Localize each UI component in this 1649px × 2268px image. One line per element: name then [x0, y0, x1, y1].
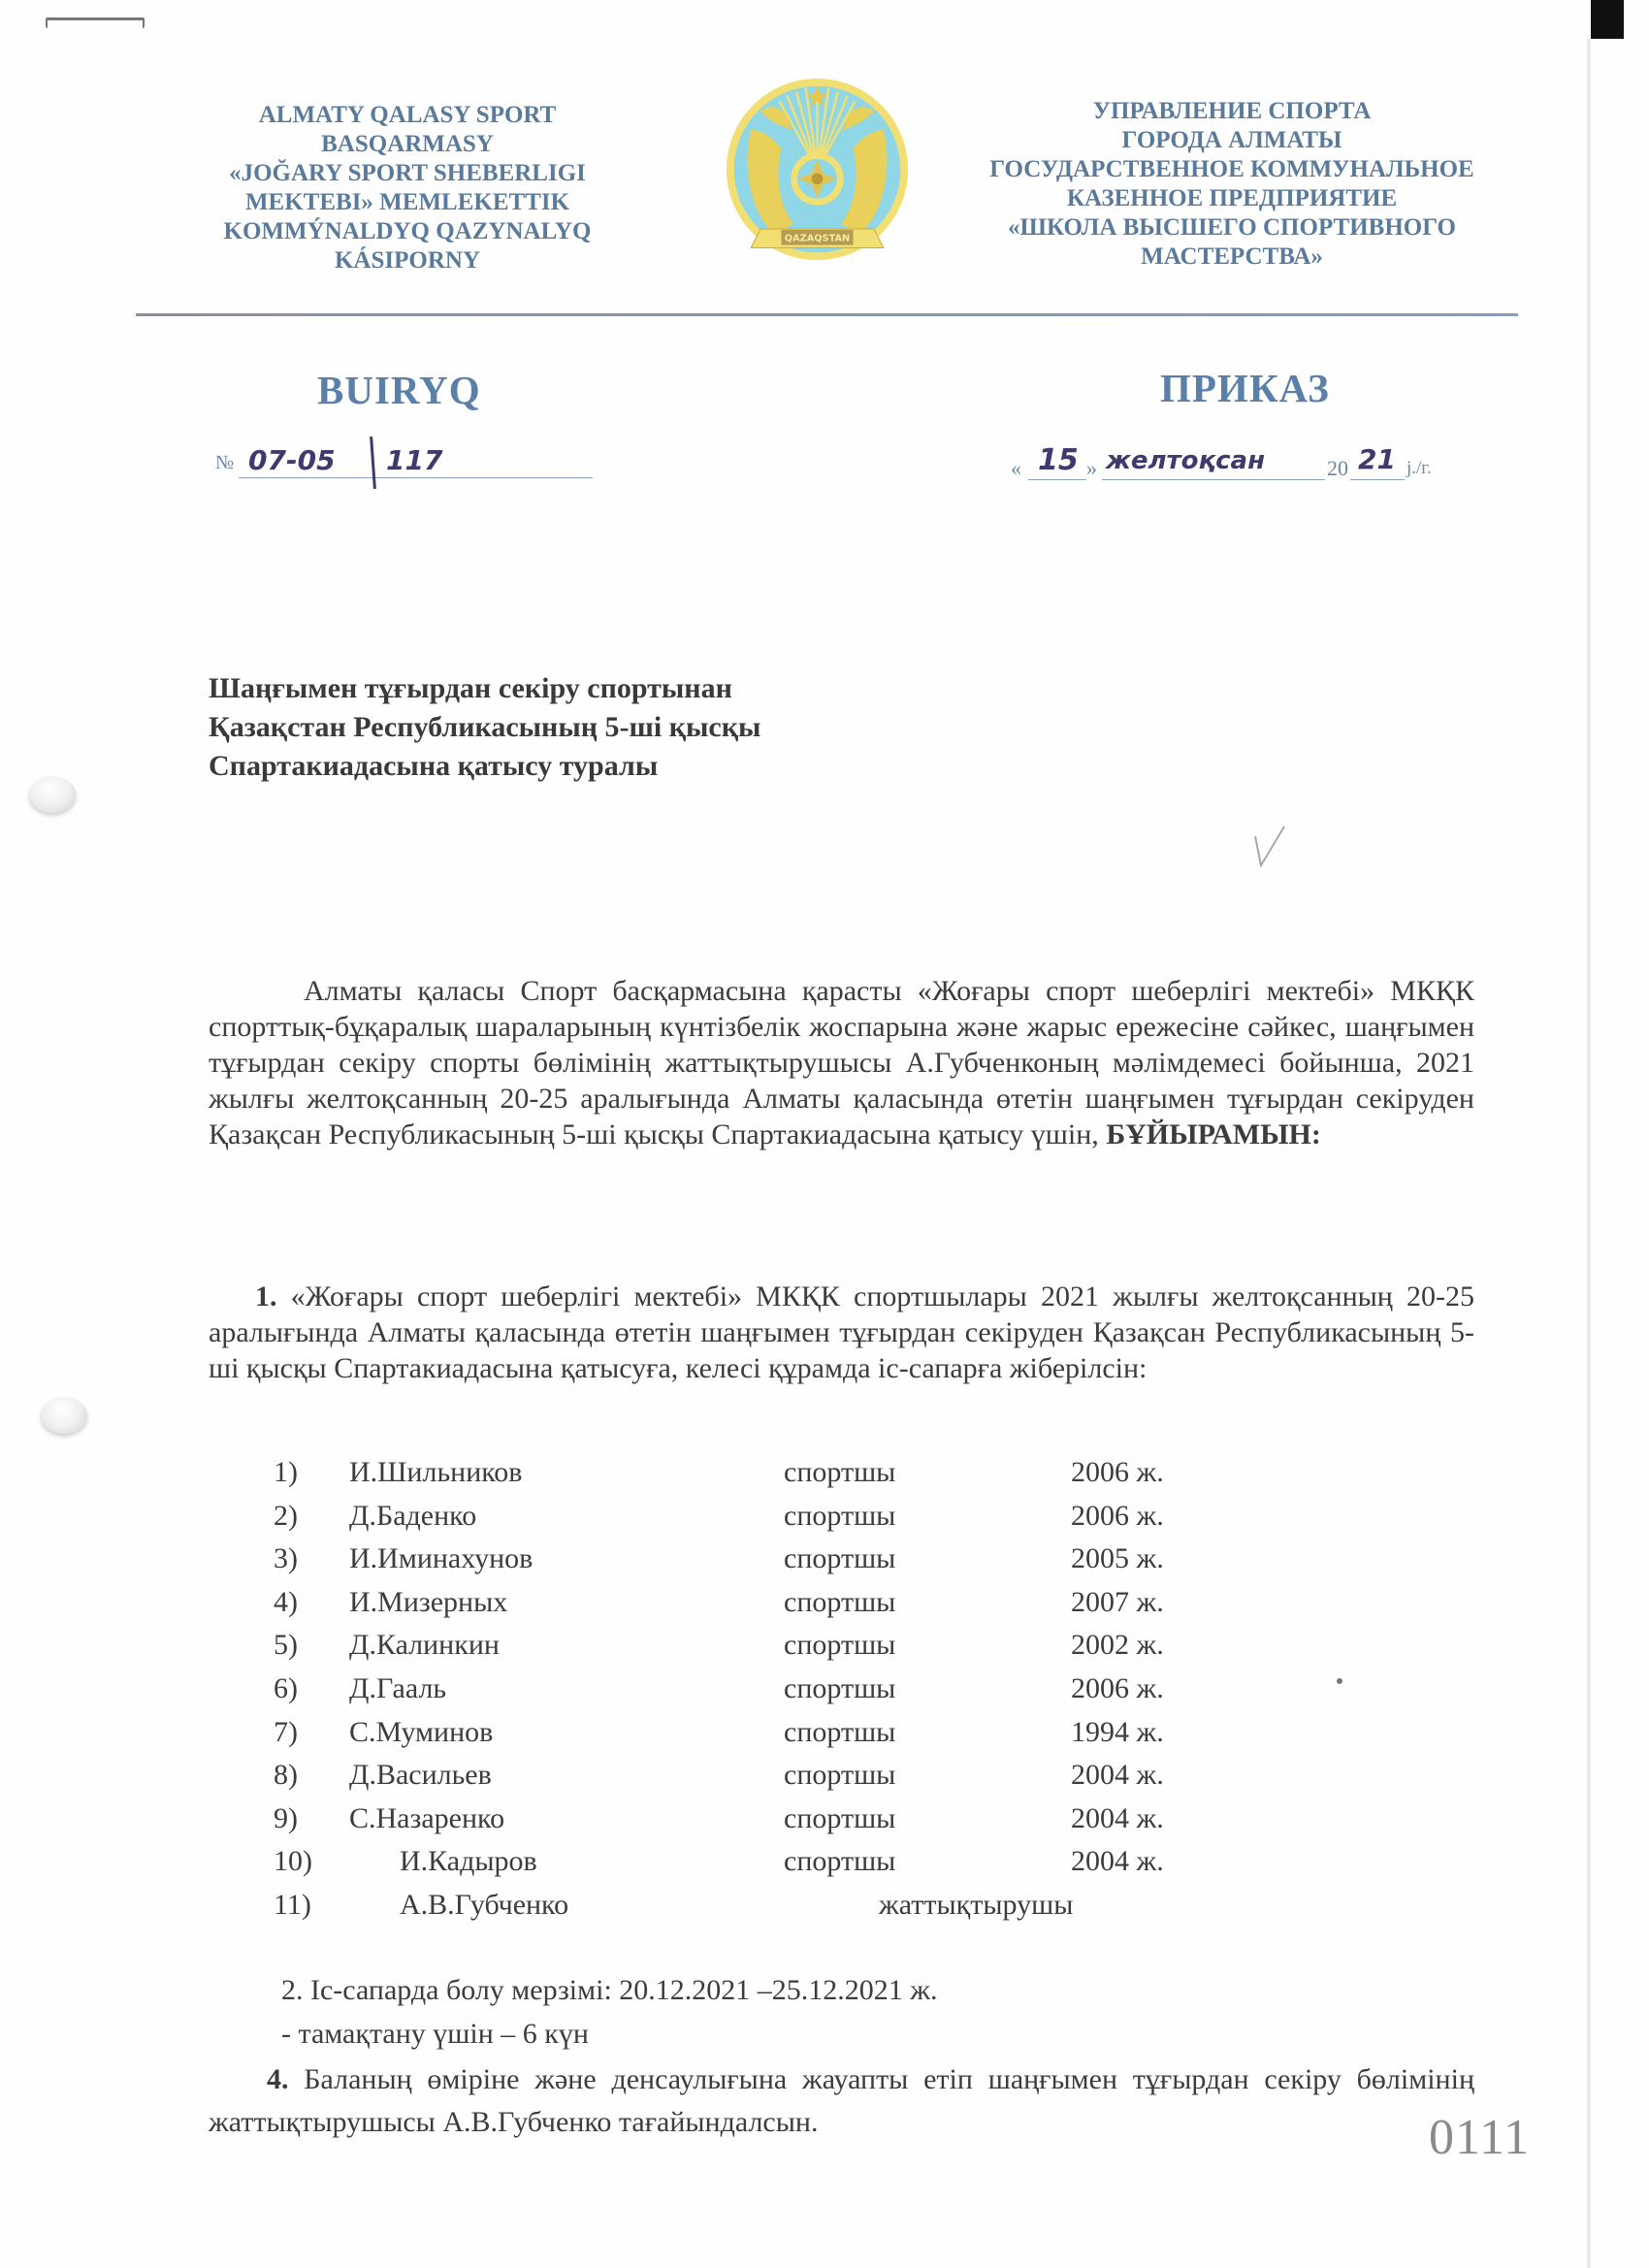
- order-number-suffix: 117: [386, 444, 442, 476]
- header-line: MEKTEBI» MEMLEKETTIK: [189, 188, 626, 217]
- meals-line: - тамақтану үшін – 6 күн: [281, 2015, 589, 2054]
- item-4-number: 4.: [267, 2063, 289, 2095]
- roster-num: 4): [274, 1581, 298, 1624]
- punch-hole: [29, 776, 76, 813]
- roster-row: 9) С.Назаренко спортшы 2004 ж.: [274, 1798, 1205, 1841]
- document-page: ALMATY QALASY SPORT BASQARMASY «JOĞARY S…: [0, 0, 1649, 2268]
- roster-year: 2006 ж.: [1071, 1668, 1164, 1710]
- header-divider: [136, 313, 1518, 316]
- roster-name: С.Муминов: [349, 1711, 493, 1754]
- roster-num: 6): [274, 1668, 298, 1710]
- roster-year: 2006 ж.: [1071, 1451, 1164, 1494]
- roster-role: спортшы: [784, 1840, 895, 1883]
- header-line: КАЗЕННОЕ ПРЕДПРИЯТИЕ: [951, 184, 1513, 213]
- roster-name: И.Кадыров: [400, 1840, 537, 1883]
- roster-role: спортшы: [784, 1711, 895, 1754]
- roster-name: А.В.Губченко: [400, 1884, 568, 1927]
- roster-num: 9): [274, 1798, 298, 1840]
- roster-name: С.Назаренко: [349, 1798, 504, 1840]
- roster-num: 8): [274, 1754, 298, 1797]
- roster-num: 7): [274, 1711, 298, 1754]
- order-number-value: 07-05: [248, 444, 336, 476]
- roster-row: 1) И.Шильников спортшы 2006 ж.: [274, 1451, 1205, 1495]
- roster-role: спортшы: [784, 1754, 895, 1797]
- date-day: 15: [1038, 443, 1079, 477]
- order-number-field: № 07-05 117: [213, 442, 597, 481]
- roster-name: Д.Калинкин: [349, 1624, 500, 1667]
- team-roster: 1) И.Шильников спортшы 2006 ж. 2) Д.Баде…: [274, 1451, 1205, 1928]
- roster-row: 8) Д.Васильев спортшы 2004 ж.: [274, 1754, 1205, 1798]
- roster-name: И.Иминахунов: [349, 1538, 533, 1580]
- roster-role: спортшы: [784, 1451, 895, 1494]
- punch-hole: [41, 1397, 87, 1434]
- date-suffix: j./г.: [1406, 458, 1432, 479]
- roster-role: спортшы: [784, 1495, 895, 1538]
- header-line: ГОСУДАРСТВЕННОЕ КОММУНАЛЬНОЕ: [951, 155, 1513, 184]
- roster-role: жаттықтырушы: [879, 1884, 1073, 1927]
- document-title: Шаңғымен тұғырдан секіру спортынан Қазақ…: [209, 669, 760, 786]
- header-line: «JOĞARY SPORT SHEBERLIGI: [189, 159, 626, 188]
- roster-row: 3) И.Иминахунов спортшы 2005 ж.: [274, 1538, 1205, 1581]
- order-command: БҰЙЫРАМЫН:: [1106, 1118, 1321, 1150]
- header-line: BASQARMASY: [189, 130, 626, 159]
- roster-year: 2004 ж.: [1071, 1754, 1164, 1797]
- roster-num: 2): [274, 1495, 298, 1538]
- roster-role: спортшы: [784, 1668, 895, 1710]
- item-4-paragraph: 4. Баланың өміріне және денсаулығына жау…: [209, 2058, 1474, 2144]
- roster-row: 4) И.Мизерных спортшы 2007 ж.: [274, 1581, 1205, 1625]
- scan-speck: [1337, 1678, 1342, 1684]
- roster-row: 2) Д.Баденко спортшы 2006 ж.: [274, 1495, 1205, 1539]
- roster-row: 7) С.Муминов спортшы 1994 ж.: [274, 1711, 1205, 1755]
- scan-edge-shadow: [1591, 0, 1624, 39]
- header-line: «ШКОЛА ВЫСШЕГО СПОРТИВНОГО: [951, 213, 1513, 243]
- header-line: МАСТЕРСТВА»: [951, 243, 1513, 272]
- page-number-stamp: 0111: [1429, 2109, 1530, 2166]
- date-month: желтоқсан: [1106, 446, 1265, 475]
- roster-year: 2005 ж.: [1071, 1538, 1164, 1580]
- roster-name: Д.Васильев: [349, 1754, 492, 1797]
- item-4-text: Баланың өміріне және денсаулығына жауапт…: [209, 2063, 1474, 2138]
- roster-year: 1994 ж.: [1071, 1711, 1164, 1754]
- roster-num: 5): [274, 1624, 298, 1667]
- roster-role: спортшы: [784, 1581, 895, 1624]
- roster-num: 1): [274, 1451, 298, 1494]
- header-org-kz: ALMATY QALASY SPORT BASQARMASY «JOĞARY S…: [189, 101, 626, 275]
- roster-year: 2004 ж.: [1071, 1840, 1164, 1883]
- doc-type-kz: BUIRYQ: [317, 367, 481, 413]
- title-line: Шаңғымен тұғырдан секіру спортынан: [209, 669, 760, 708]
- number-slash: [370, 437, 376, 489]
- roster-name: И.Мизерных: [349, 1581, 507, 1624]
- roster-year: 2002 ж.: [1071, 1624, 1164, 1667]
- header-line: KÁSIPORNY: [189, 246, 626, 275]
- scan-edge-strip: [1587, 39, 1591, 2268]
- roster-num: 10): [274, 1840, 312, 1883]
- header-line: УПРАВЛЕНИЕ СПОРТА: [951, 97, 1513, 126]
- header-line: ALMATY QALASY SPORT: [189, 101, 626, 130]
- date-close-quote: »: [1086, 456, 1097, 481]
- roster-role: спортшы: [784, 1624, 895, 1667]
- emblem-caption: QAZAQSTAN: [785, 234, 850, 244]
- staple-mark: [46, 17, 145, 28]
- roster-year: 2004 ж.: [1071, 1798, 1164, 1840]
- roster-name: И.Шильников: [349, 1451, 522, 1494]
- day-underline: [1028, 479, 1086, 480]
- number-sign: №: [215, 452, 234, 474]
- title-line: Спартакиадасына қатысу туралы: [209, 747, 760, 786]
- roster-num: 3): [274, 1538, 298, 1580]
- header-line: ГОРОДА АЛМАТЫ: [951, 126, 1513, 155]
- roster-row: 11) А.В.Губченко жаттықтырушы: [274, 1884, 1205, 1928]
- state-emblem-icon: QAZAQSTAN: [723, 73, 912, 272]
- header-org-ru: УПРАВЛЕНИЕ СПОРТА ГОРОДА АЛМАТЫ ГОСУДАРС…: [951, 97, 1513, 272]
- roster-year: 2007 ж.: [1071, 1581, 1164, 1624]
- item-1-text: «Жоғары спорт шеберлігі мектебі» МКҚК сп…: [209, 1280, 1474, 1384]
- date-open-quote: «: [1011, 456, 1021, 481]
- date-year-prefix: 20: [1327, 456, 1348, 481]
- roster-row: 6) Д.Гааль спортшы 2006 ж.: [274, 1668, 1205, 1711]
- year-underline: [1350, 479, 1405, 480]
- intro-paragraph: Алматы қаласы Спорт басқармасына қарасты…: [209, 973, 1474, 1152]
- date-year: 21: [1358, 443, 1396, 475]
- roster-year: 2006 ж.: [1071, 1495, 1164, 1538]
- item-1-paragraph: 1. «Жоғары спорт шеберлігі мектебі» МКҚК…: [209, 1279, 1474, 1386]
- item-1-number: 1.: [255, 1280, 277, 1312]
- title-line: Қазақстан Республикасының 5-ші қысқы: [209, 708, 760, 747]
- roster-role: спортшы: [784, 1538, 895, 1580]
- checkmark-icon: [1251, 825, 1290, 873]
- roster-name: Д.Баденко: [349, 1495, 476, 1538]
- order-date-field: « 15 » желтоқсан 20 21 j./г.: [1009, 438, 1465, 487]
- roster-num: 11): [274, 1884, 311, 1927]
- header-line: KOMMÝNALDYQ QAZYNALYQ: [189, 217, 626, 246]
- doc-type-ru: ПРИКАЗ: [1160, 365, 1330, 411]
- roster-row: 5) Д.Калинкин спортшы 2002 ж.: [274, 1624, 1205, 1668]
- month-underline: [1102, 479, 1325, 480]
- item-2-paragraph: 2. Іс-сапарда болу мерзімі: 20.12.2021 –…: [281, 1971, 938, 2010]
- roster-role: спортшы: [784, 1798, 895, 1840]
- roster-row: 10) И.Кадыров спортшы 2004 ж.: [274, 1840, 1205, 1884]
- number-underline: [239, 477, 593, 478]
- roster-name: Д.Гааль: [349, 1668, 446, 1710]
